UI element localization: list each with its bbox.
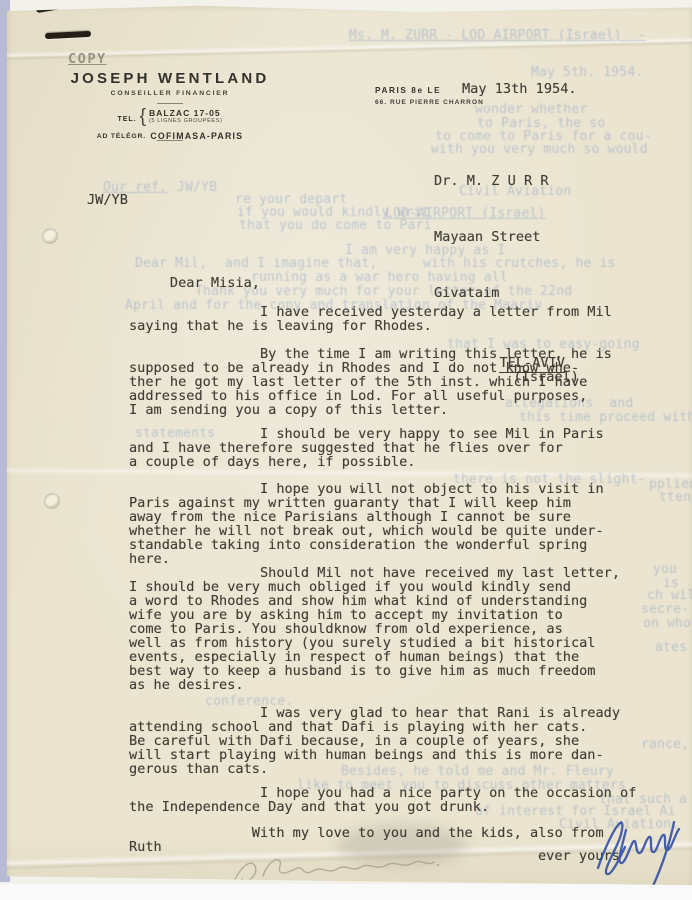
typed-line: Should Mil not have received my last let… — [129, 566, 669, 580]
letter-date: May 13th 1954. — [462, 82, 577, 96]
typed-line: attending school and that Dafi is playin… — [129, 720, 669, 734]
typed-line: the Independence Day and that you got dr… — [129, 800, 669, 814]
typed-line: will start playing with human beings and… — [129, 748, 669, 762]
recipient-name: Dr. M. Z U R R — [434, 174, 579, 202]
paragraph: Should Mil not have received my last let… — [129, 566, 669, 692]
recipient-street: Mayaan Street — [434, 230, 579, 258]
letterhead-rule — [157, 140, 183, 141]
typed-line: away from the nice Parisians although I … — [129, 510, 669, 524]
typed-line: standable taking into consideration the … — [129, 538, 669, 552]
letterhead-title: CONSEILLER FINANCIER — [63, 90, 277, 97]
paragraph: I have received yesterday a letter from … — [129, 305, 669, 333]
bleed-through-line: May 5th. 1954. — [531, 65, 643, 80]
scanned-letter-page: Ms. M. ZURR - LOD AIRPORT (Israel) -May … — [0, 0, 692, 900]
typed-line: best way to keep a husband is to give hi… — [129, 664, 669, 678]
typed-line: By the time I am writing this letter, he… — [129, 347, 669, 361]
letterhead-telegraph: AD TÉLÉGR. COFIMASA-PARIS — [63, 126, 277, 144]
typed-line: Paris against my written guaranty that I… — [129, 496, 669, 510]
brace-glyph: { — [140, 106, 146, 128]
typed-line: and I have therefore suggested that he f… — [129, 441, 669, 455]
punch-hole — [44, 493, 60, 509]
bleed-through-line: that you do come to Pari — [239, 218, 432, 233]
typed-line: ther he got my last letter of the 5th in… — [129, 375, 669, 389]
bleed-through-line: JW/YB — [177, 180, 217, 195]
letterhead-telephone: TEL. { BALZAC 17-05 (5 LIGNES GROUPÉES) — [63, 106, 277, 128]
typed-line: as he desires. — [129, 678, 669, 692]
telegraph-label: AD TÉLÉGR. — [97, 133, 146, 140]
telephone-note: (5 LIGNES GROUPÉES) — [149, 119, 223, 125]
typed-line: I am sending you a copy of this letter. — [129, 403, 669, 417]
copy-stamp: COPY — [68, 52, 107, 66]
telephone-number: BALZAC 17-05 — [149, 109, 223, 118]
paragraph: I hope you had a nice party on the occas… — [129, 786, 669, 814]
typed-line: a word to Rhodes and show him what kind … — [129, 594, 669, 608]
typed-line: supposed to be already in Rhodes and I d… — [129, 361, 669, 375]
paragraph: I should be very happy to see Mil in Par… — [129, 427, 669, 469]
ink-signature — [590, 812, 690, 890]
typed-line: I should be very much obliged if you wou… — [129, 580, 669, 594]
salutation: Dear Misia, — [129, 276, 669, 290]
typed-line: saying that he is leaving for Rhodes. — [129, 319, 669, 333]
typed-line: gerous than cats. — [129, 762, 669, 776]
typed-line: I should be very happy to see Mil in Par… — [129, 427, 669, 441]
typed-line: here. — [129, 552, 669, 566]
letterhead-city-line: PARIS 8e LE — [375, 86, 441, 95]
typed-line: I have received yesterday a letter from … — [129, 305, 669, 319]
typed-line: Be careful with Dafi because, in a coupl… — [129, 734, 669, 748]
typed-line: With my love to you and the kids, also f… — [129, 826, 669, 840]
typed-line: addressed to his office in Lod. For all … — [129, 389, 669, 403]
typed-line: come to Paris. You shouldknow from old e… — [129, 622, 669, 636]
typed-line: I hope you will not object to his visit … — [129, 482, 669, 496]
letterhead-street-line: 66. RUE PIERRE CHARRON — [375, 99, 484, 106]
typed-line: I hope you had a nice party on the occas… — [129, 786, 669, 800]
punch-hole — [42, 228, 58, 244]
paragraph: By the time I am writing this letter, he… — [129, 347, 669, 417]
telephone-label: TEL. — [117, 116, 136, 123]
paragraph: I was very glad to hear that Rani is alr… — [129, 706, 669, 776]
typed-line: Dear Misia, — [129, 276, 669, 290]
bleed-through-line: Dear Mil, — [135, 256, 207, 271]
bleed-through-line: and I imagine that, — [225, 256, 378, 271]
bleed-through-line: wonder whether — [475, 102, 587, 117]
typed-line: wife you are by asking him to accept my … — [129, 608, 669, 622]
letterhead-name: JOSEPH WENTLAND — [63, 70, 277, 87]
typed-line: I was very glad to hear that Rani is alr… — [129, 706, 669, 720]
typed-line: events, especially in respect of human b… — [129, 650, 669, 664]
letter-paper: Ms. M. ZURR - LOD AIRPORT (Israel) -May … — [7, 4, 692, 886]
letter-body: Dear Misia, I have received yesterday a … — [129, 276, 669, 854]
typed-line: whether he will not break out, which wou… — [129, 524, 669, 538]
reference-code: JW/YB — [87, 193, 128, 207]
paragraph: I hope you will not object to his visit … — [129, 482, 669, 566]
bleed-through-line: Ms. M. ZURR - LOD AIRPORT (Israel) - — [349, 28, 646, 43]
typed-line: well as from history (you surely studied… — [129, 636, 669, 650]
scanner-background-bottom — [0, 884, 692, 900]
letterhead-rule — [157, 103, 183, 104]
typed-line: a couple of days here, if possible. — [129, 455, 669, 469]
